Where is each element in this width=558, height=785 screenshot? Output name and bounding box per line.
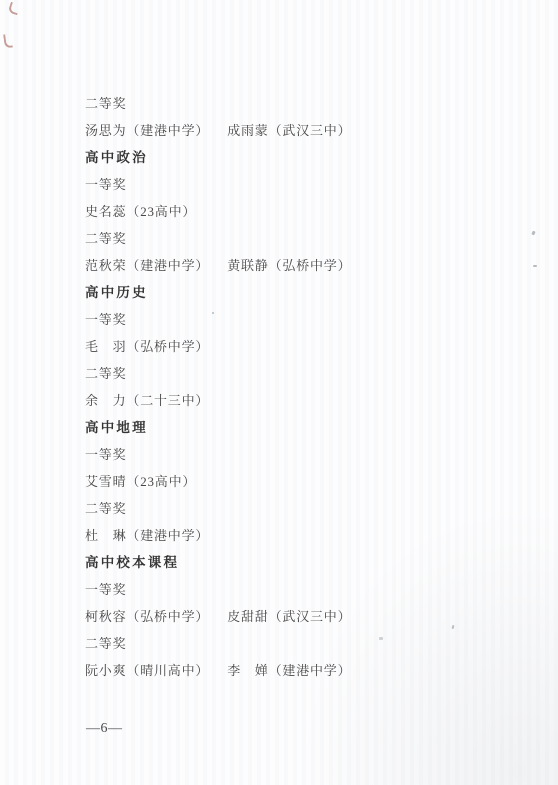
winner-entry: 柯秋容（弘桥中学） bbox=[85, 603, 209, 630]
winner-line: 毛 羽（弘桥中学） bbox=[85, 333, 505, 360]
winner-entry: 皮甜甜（武汉三中） bbox=[227, 603, 351, 630]
winner-entry: 阮小爽（晴川高中） bbox=[85, 657, 209, 684]
winner-entry: 艾雪晴（23高中） bbox=[85, 468, 196, 495]
scan-speck bbox=[533, 265, 537, 267]
award-tier-label: 一等奖 bbox=[85, 441, 505, 468]
award-list: 二等奖汤思为（建港中学）成雨蒙（武汉三中）高中政治一等奖史名蕊（23高中）二等奖… bbox=[85, 90, 505, 684]
winner-line: 史名蕊（23高中） bbox=[85, 198, 505, 225]
winner-entry: 余 力（二十三中） bbox=[85, 387, 209, 414]
winner-line: 艾雪晴（23高中） bbox=[85, 468, 505, 495]
scan-speck bbox=[379, 637, 383, 640]
winner-entry: 黄联静（弘桥中学） bbox=[227, 252, 351, 279]
winner-entry: 成雨蒙（武汉三中） bbox=[227, 117, 351, 144]
winner-line: 阮小爽（晴川高中）李 婵（建港中学） bbox=[85, 657, 505, 684]
winner-line: 汤思为（建港中学）成雨蒙（武汉三中） bbox=[85, 117, 505, 144]
award-tier-label: 一等奖 bbox=[85, 171, 505, 198]
section-heading: 高中历史 bbox=[85, 279, 505, 306]
winner-entry: 李 婵（建港中学） bbox=[227, 657, 351, 684]
award-tier-label: 二等奖 bbox=[85, 90, 505, 117]
winner-entry: 范秋荣（建港中学） bbox=[85, 252, 209, 279]
award-tier-label: 二等奖 bbox=[85, 225, 505, 252]
winner-line: 杜 琳（建港中学） bbox=[85, 522, 505, 549]
winner-line: 柯秋容（弘桥中学）皮甜甜（武汉三中） bbox=[85, 603, 505, 630]
winner-line: 余 力（二十三中） bbox=[85, 387, 505, 414]
section-heading: 高中校本课程 bbox=[85, 549, 505, 576]
document-page: 二等奖汤思为（建港中学）成雨蒙（武汉三中）高中政治一等奖史名蕊（23高中）二等奖… bbox=[0, 0, 558, 785]
winner-entry: 史名蕊（23高中） bbox=[85, 198, 196, 225]
scan-speck bbox=[531, 231, 535, 236]
award-tier-label: 一等奖 bbox=[85, 576, 505, 603]
section-heading: 高中政治 bbox=[85, 144, 505, 171]
award-tier-label: 二等奖 bbox=[85, 360, 505, 387]
ink-mark bbox=[3, 34, 13, 49]
winner-entry: 毛 羽（弘桥中学） bbox=[85, 333, 209, 360]
winner-line: 范秋荣（建港中学）黄联静（弘桥中学） bbox=[85, 252, 505, 279]
award-tier-label: 一等奖 bbox=[85, 306, 505, 333]
award-tier-label: 二等奖 bbox=[85, 630, 505, 657]
section-heading: 高中地理 bbox=[85, 414, 505, 441]
ink-mark bbox=[8, 2, 21, 16]
award-tier-label: 二等奖 bbox=[85, 495, 505, 522]
scan-speck bbox=[212, 312, 214, 314]
page-number: —6— bbox=[86, 721, 123, 737]
winner-entry: 杜 琳（建港中学） bbox=[85, 522, 209, 549]
winner-entry: 汤思为（建港中学） bbox=[85, 117, 209, 144]
